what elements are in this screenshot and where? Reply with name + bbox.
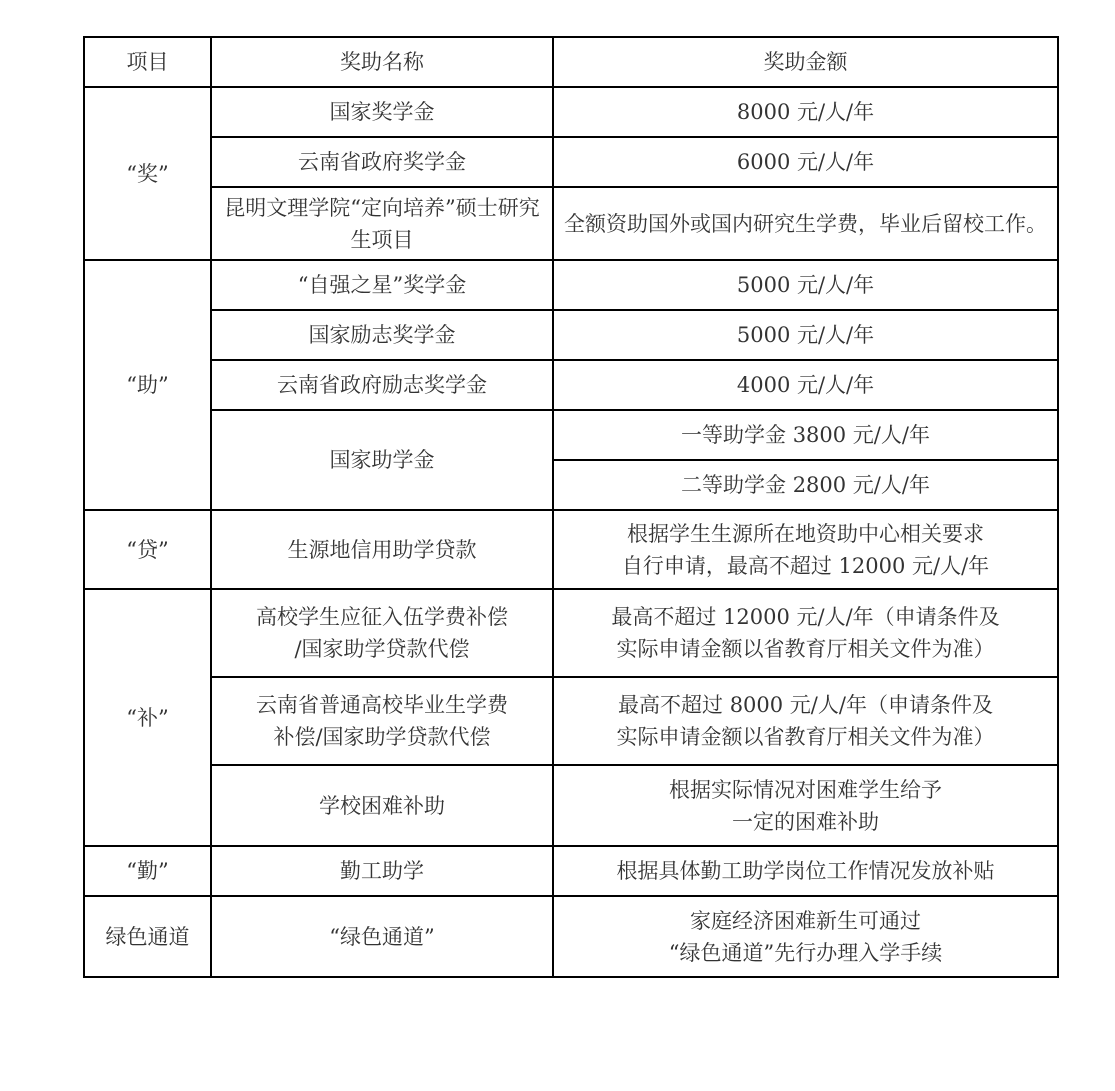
aid-amount-cell: 5000 元/人/年 xyxy=(553,310,1058,360)
amount-line: 实际申请金额以省教育厅相关文件为准） xyxy=(556,721,1055,753)
category-cell: “勤” xyxy=(84,846,211,896)
aid-name-cell: 学校困难补助 xyxy=(211,765,553,846)
aid-amount-cell: 一等助学金 3800 元/人/年 xyxy=(553,410,1058,460)
table-row: 云南省普通高校毕业生学费 补偿/国家助学贷款代偿 最高不超过 8000 元/人/… xyxy=(84,677,1058,765)
table-row: “助” “自强之星”奖学金 5000 元/人/年 xyxy=(84,260,1058,310)
amount-line: 实际申请金额以省教育厅相关文件为准） xyxy=(556,633,1055,665)
category-cell: 绿色通道 xyxy=(84,896,211,977)
amount-line: 最高不超过 12000 元/人/年（申请条件及 xyxy=(556,601,1055,633)
name-line: 补偿/国家助学贷款代偿 xyxy=(214,721,550,753)
aid-name-cell: 国家奖学金 xyxy=(211,87,553,137)
aid-amount-cell: 根据学生生源所在地资助中心相关要求 自行申请，最高不超过 12000 元/人/年 xyxy=(553,510,1058,589)
table-row: 国家助学金 一等助学金 3800 元/人/年 xyxy=(84,410,1058,460)
aid-amount-cell: 家庭经济困难新生可通过 “绿色通道”先行办理入学手续 xyxy=(553,896,1058,977)
aid-amount-cell: 二等助学金 2800 元/人/年 xyxy=(553,460,1058,510)
aid-name-cell: 高校学生应征入伍学费补偿 /国家助学贷款代偿 xyxy=(211,589,553,677)
table-row: “奖” 国家奖学金 8000 元/人/年 xyxy=(84,87,1058,137)
amount-line: 根据实际情况对困难学生给予 xyxy=(556,774,1055,806)
aid-name-cell: 勤工助学 xyxy=(211,846,553,896)
table-row: “补” 高校学生应征入伍学费补偿 /国家助学贷款代偿 最高不超过 12000 元… xyxy=(84,589,1058,677)
table-row: “勤” 勤工助学 根据具体勤工助学岗位工作情况发放补贴 xyxy=(84,846,1058,896)
category-cell: “补” xyxy=(84,589,211,846)
header-aid-name: 奖助名称 xyxy=(211,37,553,87)
aid-name-cell: 昆明文理学院“定向培养”硕士研究生项目 xyxy=(211,187,553,260)
table-row: 学校困难补助 根据实际情况对困难学生给予 一定的困难补助 xyxy=(84,765,1058,846)
table-row: 云南省政府励志奖学金 4000 元/人/年 xyxy=(84,360,1058,410)
aid-name-cell: 生源地信用助学贷款 xyxy=(211,510,553,589)
aid-name-cell: “自强之星”奖学金 xyxy=(211,260,553,310)
amount-line: 最高不超过 8000 元/人/年（申请条件及 xyxy=(556,689,1055,721)
aid-name-cell: 国家助学金 xyxy=(211,410,553,510)
amount-line: 家庭经济困难新生可通过 xyxy=(556,905,1055,937)
name-line: 高校学生应征入伍学费补偿 xyxy=(214,601,550,633)
amount-line: 自行申请，最高不超过 12000 元/人/年 xyxy=(556,550,1055,582)
aid-amount-cell: 4000 元/人/年 xyxy=(553,360,1058,410)
category-cell: “助” xyxy=(84,260,211,510)
aid-amount-cell: 根据实际情况对困难学生给予 一定的困难补助 xyxy=(553,765,1058,846)
aid-amount-cell: 最高不超过 12000 元/人/年（申请条件及 实际申请金额以省教育厅相关文件为… xyxy=(553,589,1058,677)
aid-amount-cell: 8000 元/人/年 xyxy=(553,87,1058,137)
amount-line: 根据学生生源所在地资助中心相关要求 xyxy=(556,518,1055,550)
aid-name-cell: 云南省普通高校毕业生学费 补偿/国家助学贷款代偿 xyxy=(211,677,553,765)
name-line: /国家助学贷款代偿 xyxy=(214,633,550,665)
header-aid-amount: 奖助金额 xyxy=(553,37,1058,87)
aid-amount-cell: 5000 元/人/年 xyxy=(553,260,1058,310)
aid-name-cell: “绿色通道” xyxy=(211,896,553,977)
table-row: 国家励志奖学金 5000 元/人/年 xyxy=(84,310,1058,360)
table-row: 昆明文理学院“定向培养”硕士研究生项目 全额资助国外或国内研究生学费，毕业后留校… xyxy=(84,187,1058,260)
category-cell: “贷” xyxy=(84,510,211,589)
amount-line: “绿色通道”先行办理入学手续 xyxy=(556,937,1055,969)
aid-amount-cell: 根据具体勤工助学岗位工作情况发放补贴 xyxy=(553,846,1058,896)
aid-amount-cell: 最高不超过 8000 元/人/年（申请条件及 实际申请金额以省教育厅相关文件为准… xyxy=(553,677,1058,765)
table-row: 绿色通道 “绿色通道” 家庭经济困难新生可通过 “绿色通道”先行办理入学手续 xyxy=(84,896,1058,977)
amount-line: 一定的困难补助 xyxy=(556,806,1055,838)
name-line: 云南省普通高校毕业生学费 xyxy=(214,689,550,721)
table-row: “贷” 生源地信用助学贷款 根据学生生源所在地资助中心相关要求 自行申请，最高不… xyxy=(84,510,1058,589)
aid-amount-cell: 6000 元/人/年 xyxy=(553,137,1058,187)
financial-aid-table: 项目 奖助名称 奖助金额 “奖” 国家奖学金 8000 元/人/年 云南省政府奖… xyxy=(83,36,1059,978)
aid-name-cell: 云南省政府奖学金 xyxy=(211,137,553,187)
aid-name-cell: 国家励志奖学金 xyxy=(211,310,553,360)
aid-name-cell: 云南省政府励志奖学金 xyxy=(211,360,553,410)
aid-amount-cell: 全额资助国外或国内研究生学费，毕业后留校工作。 xyxy=(553,187,1058,260)
header-category: 项目 xyxy=(84,37,211,87)
header-row: 项目 奖助名称 奖助金额 xyxy=(84,37,1058,87)
table-row: 云南省政府奖学金 6000 元/人/年 xyxy=(84,137,1058,187)
category-cell: “奖” xyxy=(84,87,211,260)
